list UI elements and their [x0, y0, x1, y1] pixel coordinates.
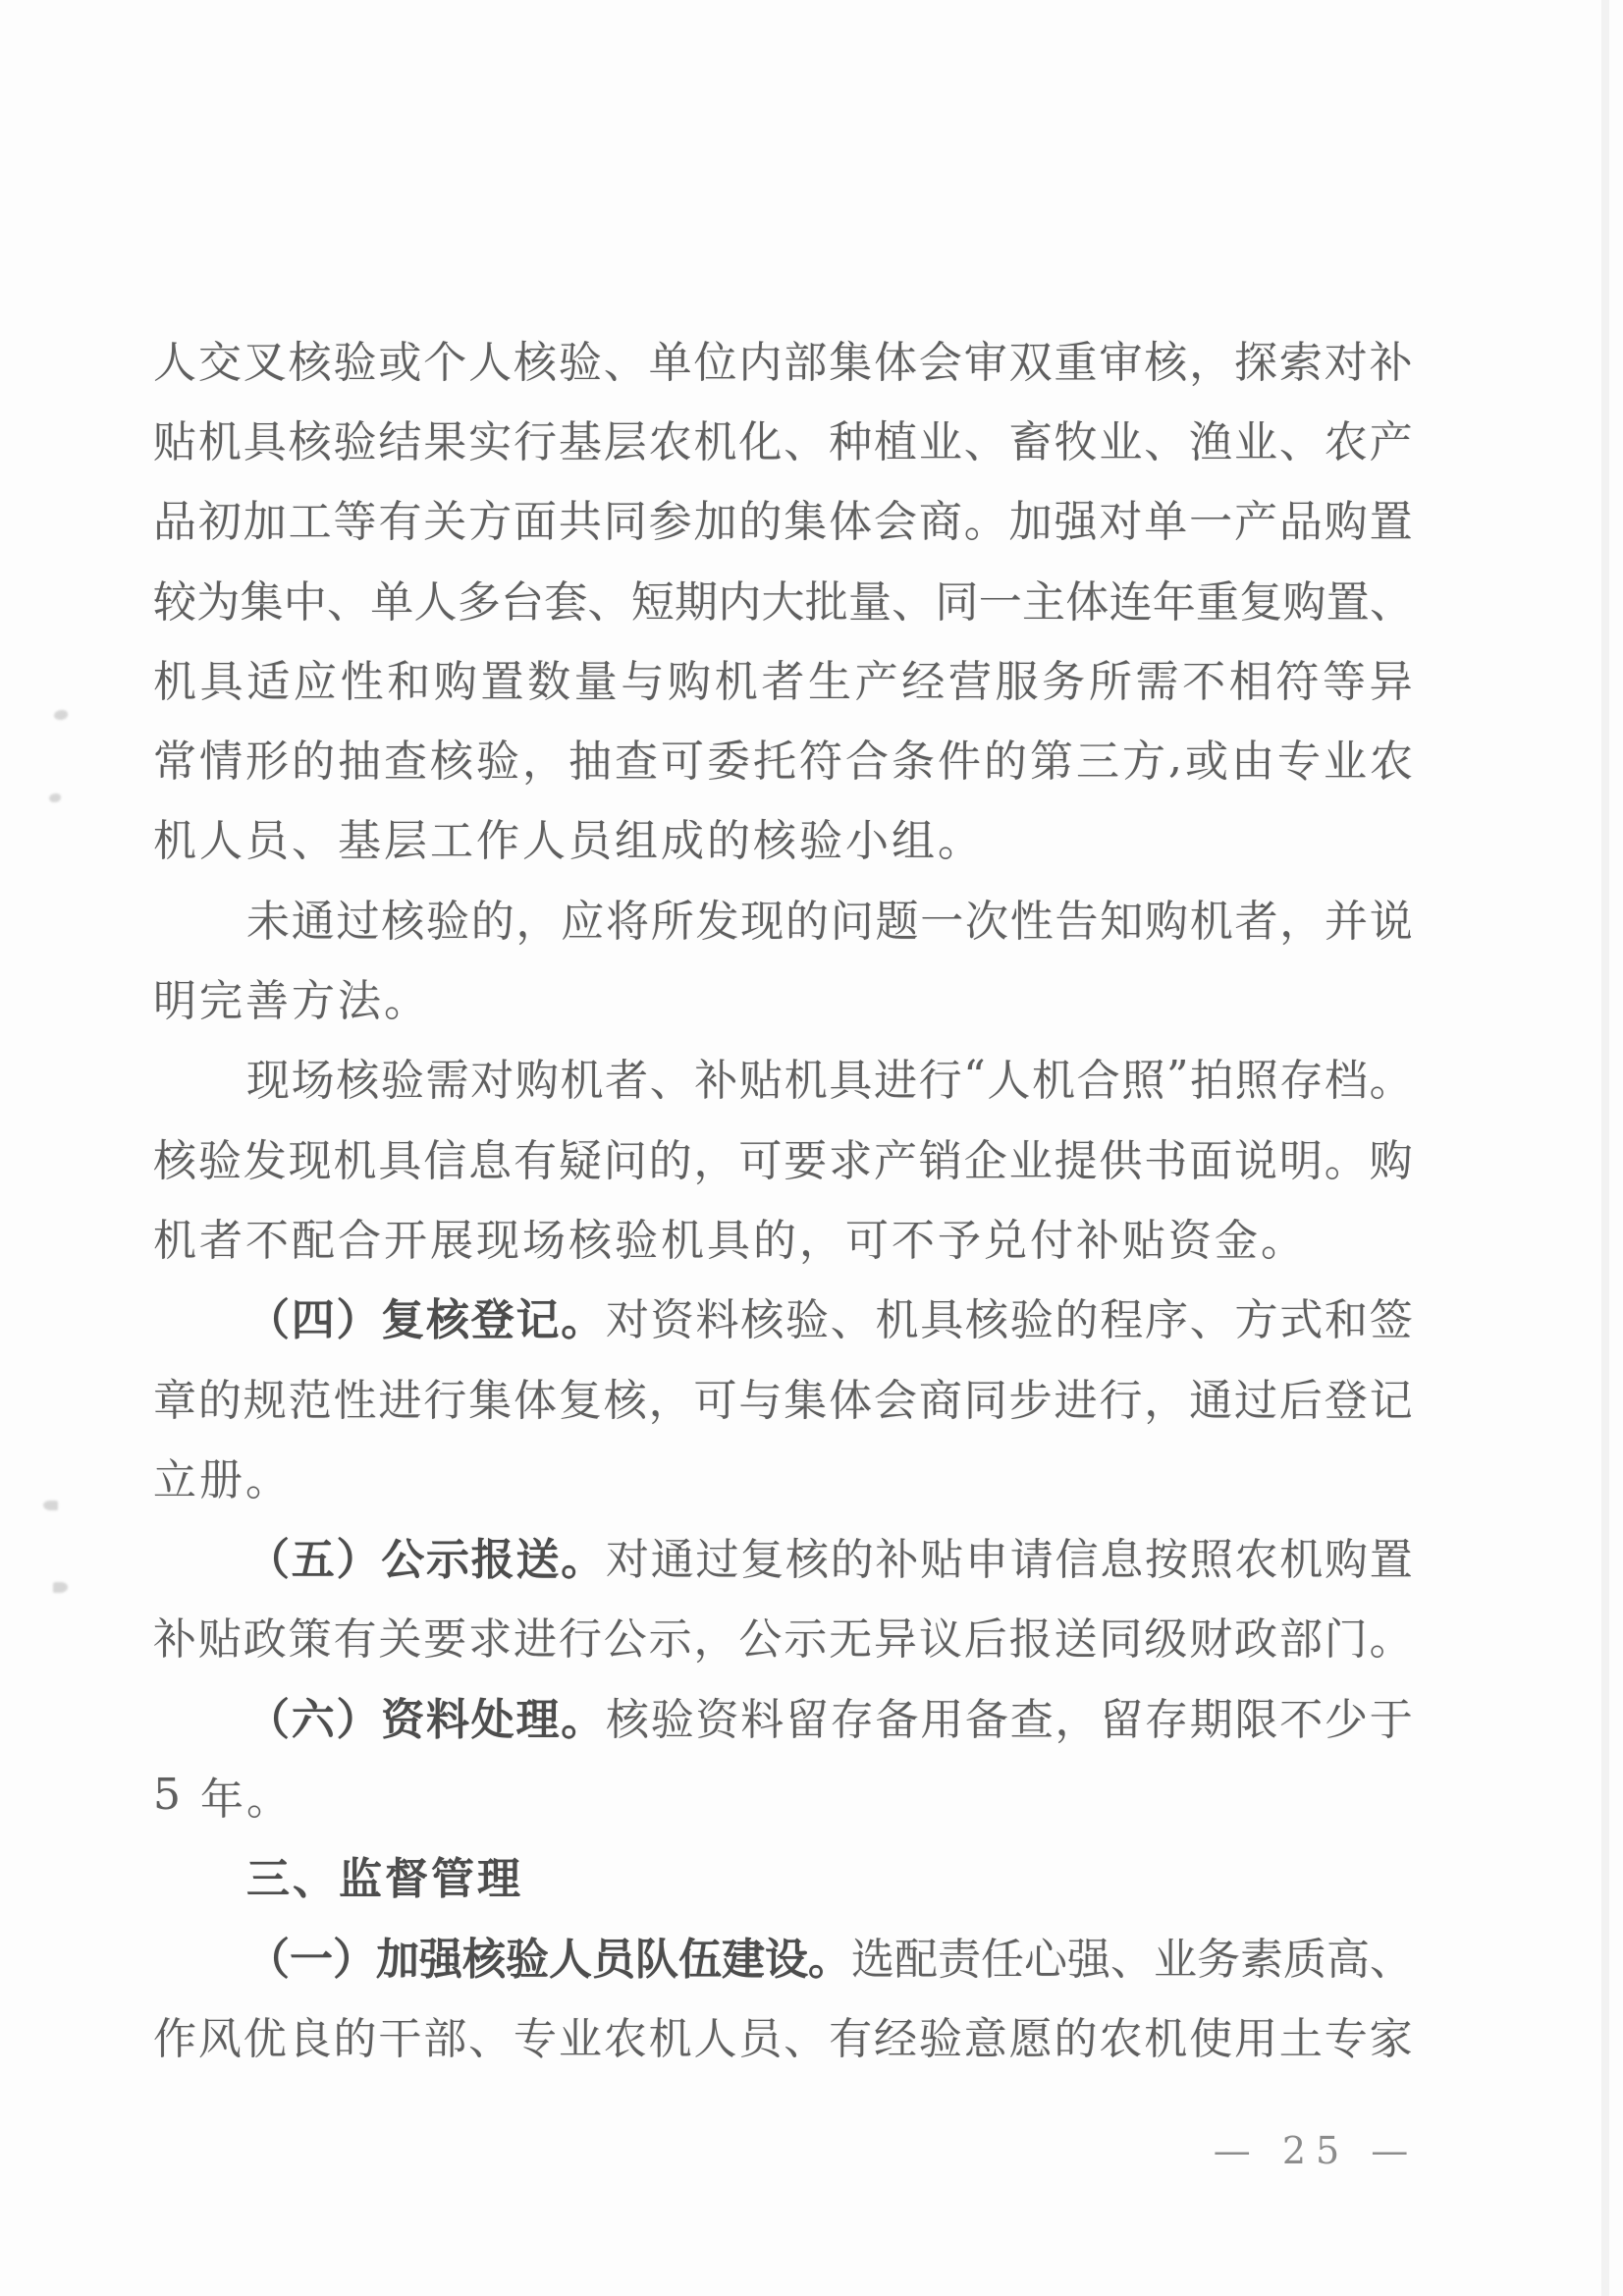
- character: 现: [289, 1125, 332, 1188]
- character: 商: [919, 486, 962, 549]
- character: 性: [1010, 886, 1054, 949]
- bold-character: 公: [381, 1524, 424, 1587]
- character: 核: [1144, 327, 1187, 390]
- character: 与: [621, 646, 664, 709]
- character: 备: [965, 1684, 1008, 1747]
- character: 合: [845, 726, 889, 789]
- character: 人: [414, 567, 458, 629]
- character: 务: [1042, 646, 1085, 709]
- character: 。: [245, 1445, 289, 1507]
- character: 集: [468, 1365, 512, 1428]
- character: 会: [874, 1365, 917, 1428]
- character: 集: [829, 327, 872, 390]
- character: 生: [808, 646, 851, 709]
- bold-character: ）: [337, 1684, 380, 1747]
- character: 查: [384, 726, 427, 789]
- character: 照: [1121, 1045, 1164, 1108]
- character: 体: [514, 1365, 557, 1428]
- character: 参: [649, 486, 692, 549]
- character: 对: [470, 1045, 514, 1108]
- character: 行: [1099, 1365, 1142, 1428]
- character: 场: [522, 1205, 566, 1268]
- character: 补: [876, 1524, 919, 1587]
- character: 索: [1279, 327, 1323, 390]
- character: 合: [338, 1205, 381, 1268]
- character: 行: [514, 407, 557, 469]
- character: 用: [920, 1684, 963, 1747]
- text-line-16: （五）公示报送。对通过复核的补贴申请信息按照农机购置: [153, 1515, 1413, 1595]
- character: 用: [1234, 2003, 1277, 2066]
- character: 范: [289, 1365, 332, 1428]
- text-line-22: 作风优良的干部、专业农机人员、有经验意愿的农机使用土专家: [153, 1995, 1413, 2074]
- character: 无: [829, 1604, 872, 1667]
- character: 层: [384, 805, 427, 868]
- character: 化: [738, 407, 782, 469]
- character: 期: [1190, 1684, 1233, 1747]
- character: ，: [1055, 1684, 1099, 1747]
- character: 、: [292, 805, 335, 868]
- bold-character: 验: [506, 1924, 549, 1987]
- character: 会: [919, 327, 962, 390]
- character: 性: [341, 646, 384, 709]
- character: 营: [948, 646, 992, 709]
- character: 后: [964, 1604, 1007, 1667]
- character: 面: [1189, 1125, 1232, 1188]
- character: 使: [1189, 2003, 1232, 2066]
- text-block: 人交叉核验或个人核验、单位内部集体会审双重审核，探索对补贴机具核验结果实行基层农…: [153, 318, 1413, 2075]
- character: 查: [615, 726, 658, 789]
- character: 购: [1283, 567, 1326, 629]
- character: 工: [430, 805, 473, 868]
- character: 果: [423, 407, 466, 469]
- character: 息: [468, 1125, 512, 1188]
- character: 一: [1189, 486, 1232, 549]
- character: 人: [468, 327, 512, 390]
- character: 个: [423, 327, 466, 390]
- character: 一: [979, 567, 1022, 629]
- character: 签: [1370, 1285, 1413, 1347]
- character: 异: [1370, 646, 1413, 709]
- character: 。: [1370, 1045, 1413, 1108]
- character: 重: [1196, 567, 1239, 629]
- character: 要: [423, 1604, 466, 1667]
- character: 异: [874, 1604, 917, 1667]
- character: 的: [1055, 1285, 1099, 1347]
- character: 需: [426, 1045, 469, 1108]
- text-line-11: 核验发现机具信息有疑问的，可要求产销企业提供书面说明。购: [153, 1117, 1413, 1196]
- character: 不: [1279, 1684, 1323, 1747]
- character: 。: [246, 1764, 290, 1827]
- text-line-1: 人交叉核验或个人核验、单位内部集体会审双重审核，探索对补: [153, 318, 1413, 398]
- character: 专: [1277, 726, 1321, 789]
- character: 人: [522, 805, 566, 868]
- character: 者: [1235, 886, 1278, 949]
- character: 、: [1144, 407, 1187, 469]
- character: 适: [246, 646, 290, 709]
- character: 内: [718, 567, 761, 629]
- character: 牧: [1055, 407, 1098, 469]
- character: 畜: [1009, 407, 1053, 469]
- character: 查: [1010, 1684, 1054, 1747]
- character: 核: [514, 327, 557, 390]
- character: 强: [1067, 1924, 1110, 1987]
- character: 叉: [243, 327, 287, 390]
- character: 实: [468, 407, 512, 469]
- character: 员: [568, 805, 612, 868]
- character: 基: [559, 407, 602, 469]
- character: 和: [1325, 1285, 1368, 1347]
- character: 书: [1144, 1125, 1187, 1188]
- character: 集: [784, 1365, 827, 1428]
- character: ，: [649, 1365, 692, 1428]
- bold-character: 复: [381, 1285, 424, 1347]
- character: 条: [892, 726, 935, 789]
- text-line-6: 常情形的抽查核验，抽查可委托符合条件的第三方,或由专业农: [153, 717, 1413, 796]
- character: 机: [715, 646, 758, 709]
- bold-character: 。: [561, 1285, 604, 1347]
- character: 干: [378, 2003, 421, 2066]
- bold-character: 。: [561, 1524, 604, 1587]
- text-line-20: 三、监督管理: [153, 1835, 1413, 1915]
- character: 未: [246, 886, 290, 949]
- bold-character: 四: [292, 1285, 335, 1347]
- character: 贴: [153, 407, 196, 469]
- character: 对: [606, 1524, 649, 1587]
- character: 或: [1185, 726, 1228, 789]
- character: 验: [334, 327, 377, 390]
- character: 购: [434, 646, 477, 709]
- character: 同: [964, 1365, 1007, 1428]
- character: 次: [965, 886, 1008, 949]
- character: 兑: [984, 1205, 1027, 1268]
- character: 机: [784, 1045, 828, 1108]
- character: 具: [200, 646, 243, 709]
- character: 产: [1234, 486, 1277, 549]
- character: 的: [292, 726, 335, 789]
- character: 核: [153, 1125, 196, 1188]
- bold-character: ）: [337, 1285, 380, 1347]
- bold-character: 示: [426, 1524, 469, 1587]
- character: 的: [198, 1365, 242, 1428]
- character: 单: [649, 327, 692, 390]
- character: 发: [243, 1125, 287, 1188]
- character: 业: [1154, 1924, 1197, 1987]
- character: 核: [606, 1684, 649, 1747]
- character: 与: [738, 1365, 782, 1428]
- character: 配: [292, 1205, 335, 1268]
- character: 性: [334, 1365, 377, 1428]
- character: 开: [384, 1205, 427, 1268]
- character: 经: [874, 2003, 917, 2066]
- character: 核: [753, 805, 796, 868]
- character: 金: [1215, 1205, 1258, 1268]
- text-line-9: 明完善方法。: [153, 957, 1413, 1036]
- character: 风: [198, 2003, 242, 2066]
- character: 行: [919, 1045, 962, 1108]
- character: 农: [604, 2003, 647, 2066]
- character: 者: [199, 1205, 243, 1268]
- character: 层: [604, 407, 647, 469]
- bold-character: 三: [246, 1843, 290, 1906]
- character: 示: [649, 1604, 692, 1667]
- character: 问: [831, 886, 874, 949]
- character: 部: [423, 2003, 466, 2066]
- character: 位: [694, 327, 737, 390]
- character: 购: [515, 1045, 559, 1108]
- bold-character: 建: [722, 1924, 765, 1987]
- character: 购: [1325, 1524, 1368, 1587]
- character: 记: [1370, 1365, 1413, 1428]
- character: 可: [661, 726, 704, 789]
- character: 有: [378, 486, 421, 549]
- character: 加: [1009, 486, 1053, 549]
- character: 共: [559, 486, 602, 549]
- character: 专: [1325, 2003, 1368, 2066]
- character: 一: [920, 886, 963, 949]
- character: 业: [1009, 1125, 1053, 1188]
- character: 具: [243, 407, 287, 469]
- character: 、: [1370, 1924, 1413, 1987]
- character: 会: [874, 486, 917, 549]
- character: 和: [387, 646, 430, 709]
- character: 、: [831, 1285, 874, 1347]
- character: 步: [1009, 1365, 1053, 1428]
- character: 可: [694, 1365, 737, 1428]
- character: 的: [707, 805, 750, 868]
- character: 购: [1370, 1125, 1413, 1188]
- character: 少: [1325, 1684, 1368, 1747]
- character: 短: [631, 567, 675, 629]
- scan-speck: [53, 1582, 68, 1593]
- character: ，: [694, 1604, 737, 1667]
- character: 产: [1370, 407, 1413, 469]
- character: 具: [378, 1125, 421, 1188]
- character: 体: [874, 327, 917, 390]
- character: 机: [560, 1045, 603, 1108]
- character: 或: [378, 327, 421, 390]
- bold-character: 强: [419, 1924, 462, 1987]
- character: 补: [1076, 1205, 1119, 1268]
- character: 业: [1099, 407, 1142, 469]
- character: 贴: [198, 1604, 242, 1667]
- character: 常: [153, 726, 196, 789]
- character: 优: [243, 2003, 287, 2066]
- character: 员: [738, 2003, 782, 2066]
- character: 行: [559, 1604, 602, 1667]
- character: 企: [964, 1125, 1007, 1188]
- bold-character: 处: [471, 1684, 514, 1747]
- character: 验: [476, 726, 519, 789]
- character: 探: [1234, 327, 1277, 390]
- character: 政: [243, 1604, 287, 1667]
- character: 存: [1145, 1684, 1188, 1747]
- character: 作: [476, 805, 519, 868]
- character: 审: [964, 327, 1007, 390]
- character: ，: [522, 726, 566, 789]
- character: 小: [845, 805, 889, 868]
- character: 产: [855, 646, 898, 709]
- character: 心: [1024, 1924, 1067, 1987]
- character: 复: [740, 1524, 784, 1587]
- bold-character: （: [246, 1684, 290, 1747]
- character: 机: [153, 1205, 196, 1268]
- character: 于: [1370, 1684, 1413, 1747]
- character: 展: [430, 1205, 473, 1268]
- character: 同: [1099, 1604, 1142, 1667]
- character: 同: [936, 567, 979, 629]
- character: 机: [1279, 1524, 1323, 1587]
- character: 套: [544, 567, 587, 629]
- character: 农: [1325, 407, 1368, 469]
- character: 初: [198, 486, 242, 549]
- character: 验: [785, 1285, 829, 1347]
- character: 验: [334, 407, 377, 469]
- character: 可: [738, 1125, 782, 1188]
- character: 农: [1235, 1524, 1278, 1587]
- character: 大: [762, 567, 805, 629]
- character: 题: [876, 886, 919, 949]
- character: 。: [384, 965, 427, 1028]
- character: 面: [514, 486, 557, 549]
- character: 不: [1182, 646, 1225, 709]
- character: 、: [468, 2003, 512, 2066]
- bold-character: 人: [549, 1924, 592, 1987]
- character: 、: [784, 2003, 827, 2066]
- character: 问: [604, 1125, 647, 1188]
- text-line-14: 章的规范性进行集体复核，可与集体会商同步进行，通过后登记: [153, 1356, 1413, 1436]
- scan-speck: [54, 710, 68, 720]
- text-line-8: 未通过核验的，应将所发现的问题一次性告知购机者，并说: [153, 877, 1413, 957]
- bold-character: 伍: [678, 1924, 722, 1987]
- character: 现: [246, 1045, 290, 1108]
- character: 验: [919, 2003, 962, 2066]
- character: 置: [1326, 567, 1370, 629]
- character: 存: [831, 1684, 874, 1747]
- character: 信: [1055, 1524, 1099, 1587]
- character: 疑: [559, 1125, 602, 1188]
- character: 符: [1275, 646, 1319, 709]
- character: 、: [588, 567, 631, 629]
- character: 配: [894, 1924, 938, 1987]
- character: 置: [1370, 1524, 1413, 1587]
- character: 委: [707, 726, 750, 789]
- character: 的: [649, 1125, 692, 1188]
- character: 贴: [1122, 1205, 1165, 1268]
- character: 有: [514, 1125, 557, 1188]
- character: 人: [199, 805, 243, 868]
- character: 合: [1077, 1045, 1120, 1108]
- character: 工: [289, 486, 332, 549]
- character: 知: [1100, 886, 1143, 949]
- character: 机: [694, 407, 737, 469]
- character: 告: [1055, 886, 1099, 949]
- character: 重: [1055, 327, 1098, 390]
- character: 单: [370, 567, 413, 629]
- character: 付: [1030, 1205, 1073, 1268]
- character: 专: [514, 2003, 557, 2066]
- character: 形: [245, 726, 289, 789]
- character: 机: [1144, 2003, 1187, 2066]
- character: 基: [338, 805, 381, 868]
- character: 具: [707, 1205, 750, 1268]
- character: 同: [604, 486, 647, 549]
- character: 机: [334, 1125, 377, 1188]
- character: 、: [784, 407, 827, 469]
- character: 存: [1279, 1045, 1323, 1108]
- character: 明: [1279, 1125, 1323, 1188]
- character: 体: [1065, 567, 1109, 629]
- character: 购: [1145, 886, 1188, 949]
- character: ，: [516, 886, 560, 949]
- text-line-10: 现场核验需对购机者、补贴机具进行“人机合照”拍照存档。: [153, 1037, 1413, 1117]
- character: 的: [831, 1524, 874, 1587]
- text-line-12: 机者不配合开展现场核验机具的，可不予兑付补贴资金。: [153, 1196, 1413, 1276]
- character: ”: [1166, 1052, 1189, 1102]
- character: 进: [378, 1365, 421, 1428]
- character: ，: [799, 1205, 842, 1268]
- character: 息: [1100, 1524, 1143, 1587]
- character: 立: [153, 1445, 196, 1507]
- character: 加: [243, 486, 287, 549]
- character: 交: [198, 327, 242, 390]
- character: 务: [1197, 1924, 1240, 1987]
- bold-character: （: [246, 1285, 290, 1347]
- character: 方: [292, 965, 335, 1028]
- character: 留: [785, 1684, 829, 1747]
- text-line-2: 贴机具核验结果实行基层农机化、种植业、畜牧业、渔业、农产: [153, 398, 1413, 477]
- character: 农: [649, 407, 692, 469]
- character: 抽: [338, 726, 381, 789]
- character: 较: [153, 567, 196, 629]
- character: 对: [606, 1285, 649, 1347]
- character: 人: [694, 2003, 737, 2066]
- character: 复: [1239, 567, 1282, 629]
- character: 集: [784, 486, 827, 549]
- bold-character: 理: [477, 1843, 520, 1906]
- character: 为: [196, 567, 240, 629]
- bold-character: 报: [471, 1524, 514, 1587]
- character: 多: [458, 567, 501, 629]
- bold-character: 、: [293, 1843, 336, 1906]
- character: 公: [604, 1604, 647, 1667]
- character: 公: [738, 1604, 782, 1667]
- character: 强: [1055, 486, 1098, 549]
- character: 财: [1189, 1604, 1232, 1667]
- character: 。: [1370, 1604, 1413, 1667]
- character: 家: [1370, 2003, 1413, 2066]
- character: 年: [200, 1764, 243, 1827]
- character: 选: [851, 1924, 894, 1987]
- character: 。: [1261, 1205, 1304, 1268]
- character: 、: [327, 567, 370, 629]
- bold-character: 资: [381, 1684, 424, 1747]
- bold-character: （: [246, 1924, 290, 1987]
- character: 门: [1325, 1604, 1368, 1667]
- character: 核: [965, 1285, 1008, 1347]
- character: 要: [784, 1125, 827, 1188]
- bold-character: 核: [462, 1924, 506, 1987]
- character: 程: [1100, 1285, 1143, 1347]
- character: ，: [1144, 1365, 1187, 1428]
- character: 方: [468, 486, 512, 549]
- character: 发: [696, 886, 739, 949]
- character: 业: [919, 407, 962, 469]
- bold-character: 一: [290, 1924, 333, 1987]
- character: 有: [829, 2003, 872, 2066]
- character: 置: [1370, 486, 1413, 549]
- character: 贴: [920, 1524, 963, 1587]
- character: 的: [984, 726, 1027, 789]
